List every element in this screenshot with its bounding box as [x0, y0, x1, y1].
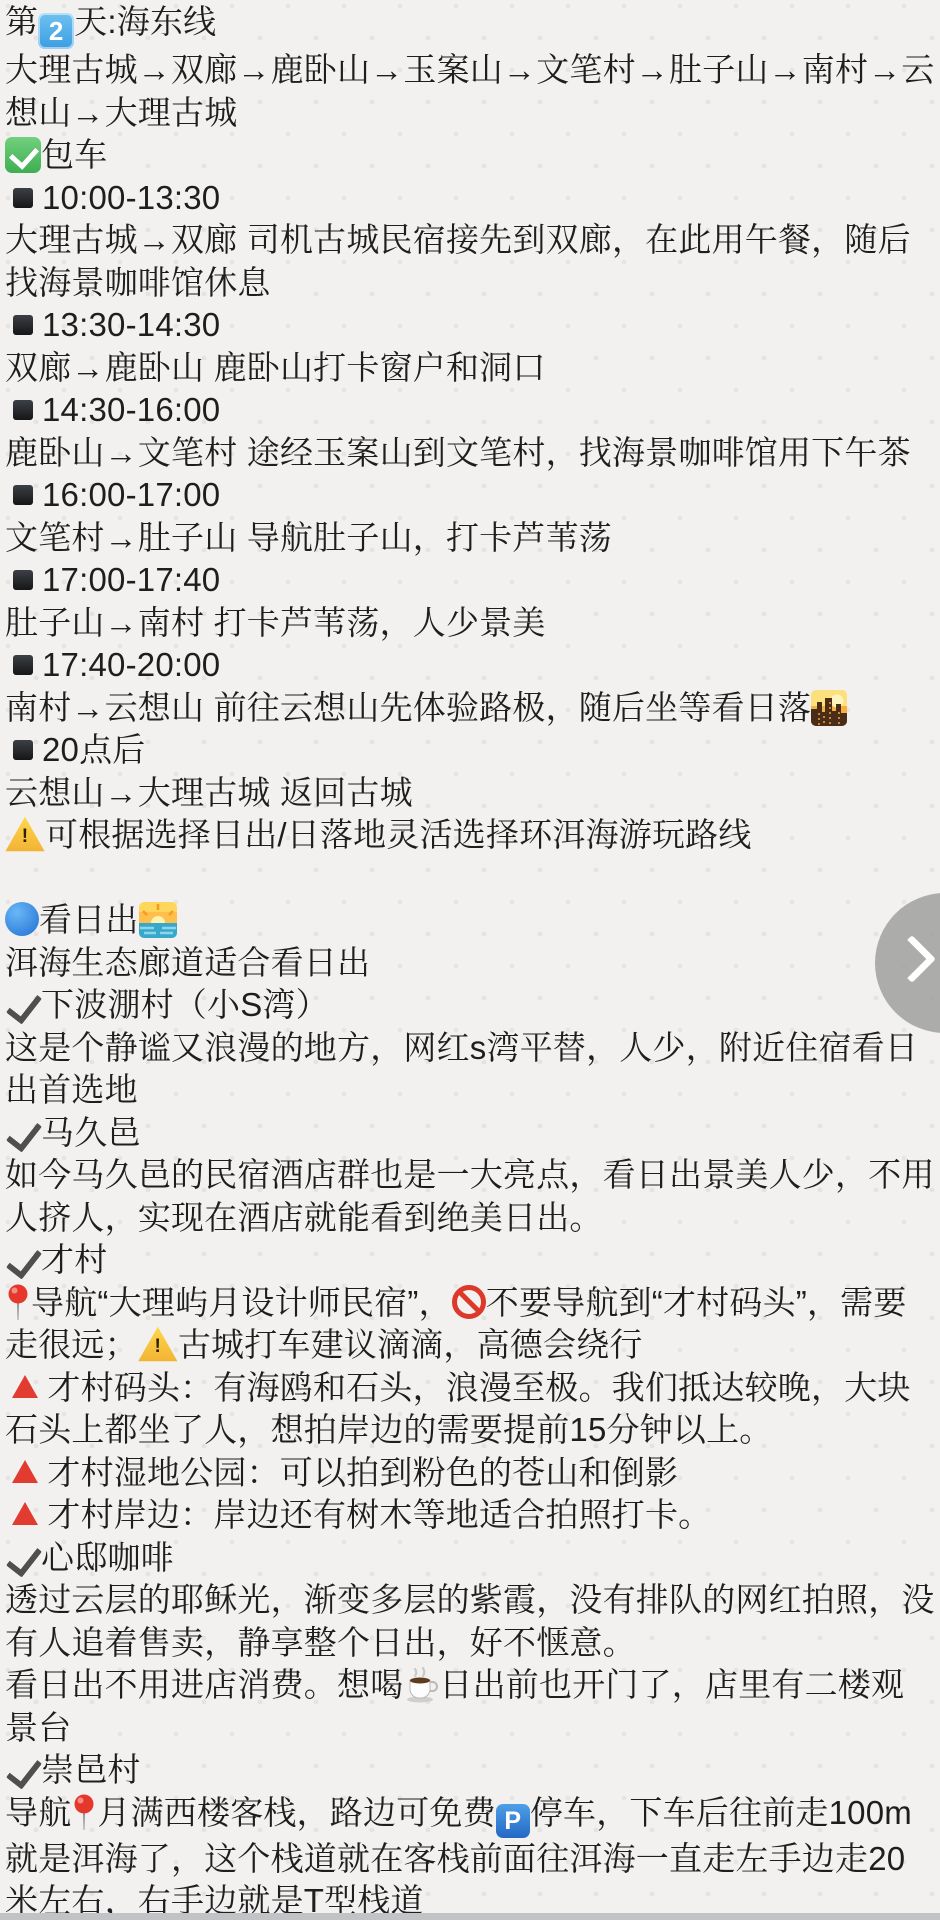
keycap-2-icon: 2: [38, 13, 74, 49]
text-run: 崇邑村: [41, 1751, 141, 1788]
check-green-icon: [5, 137, 41, 173]
paragraph: 心邸咖啡: [5, 1537, 936, 1580]
paragraph: 云想山→大理古城 返回古城: [5, 772, 936, 815]
check-dark-icon: [5, 1241, 41, 1279]
blank-line: [5, 857, 936, 900]
text-run: 可根据选择日出/日落地灵活选择环洱海游玩路线: [45, 816, 752, 853]
text-run: 南村→云想山 前往云想山先体验路极，随后坐等看日落: [5, 689, 811, 726]
text-run: 大理古城→双廊 司机古城民宿接先到双廊，在此用午餐，随后找海景咖啡馆休息: [5, 221, 911, 301]
paragraph: 洱海生态廊道适合看日出: [5, 942, 936, 985]
paragraph: 下波淜村（小S湾）: [5, 984, 936, 1027]
square-bullet-icon: [13, 400, 33, 420]
text-run: 看日出: [39, 901, 139, 938]
paragraph: 导航“大理屿月设计师民宿”，不要导航到“才村码头”，需要走很远；!古城打车建议滴…: [5, 1282, 936, 1367]
text-run: 才村湿地公园：可以拍到粉色的苍山和倒影: [38, 1454, 678, 1491]
text-run: 马久邑: [41, 1114, 141, 1151]
warning-icon: !: [5, 816, 45, 852]
text-run: 大理古城→双廊→鹿卧山→玉案山→文笔村→肚子山→南村→云想山→大理古城: [5, 51, 935, 131]
check-dark-icon: [5, 1114, 41, 1152]
text-run: 文笔村→肚子山 导航肚子山，打卡芦苇荡: [5, 519, 612, 556]
paragraph: 看日出: [5, 899, 936, 942]
chevron-right-icon: [888, 935, 936, 983]
paragraph: 肚子山→南村 打卡芦苇荡，人少景美: [5, 602, 936, 645]
blue-circle-icon: [5, 902, 39, 936]
text-run: 才村: [41, 1241, 107, 1278]
text-run: 导航: [5, 1794, 71, 1831]
check-dark-icon: [5, 986, 41, 1024]
note-body: 第2天:海东线大理古城→双廊→鹿卧山→玉案山→文笔村→肚子山→南村→云想山→大理…: [0, 0, 940, 1920]
paragraph: 才村湿地公园：可以拍到粉色的苍山和倒影: [5, 1452, 936, 1495]
text-run: 双廊→鹿卧山 鹿卧山打卡窗户和洞口: [5, 349, 546, 386]
paragraph: 才村岸边：岸边还有树木等地适合拍照打卡。: [5, 1494, 936, 1537]
text-run: 云想山→大理古城 返回古城: [5, 774, 413, 811]
paragraph: 14:30-16:00: [5, 389, 936, 432]
red-triangle-icon: [12, 1502, 38, 1525]
paragraph: 才村: [5, 1239, 936, 1282]
travel-note-page: { "page": { "background": "#f2f1ef", "te…: [0, 0, 940, 1920]
square-bullet-icon: [13, 188, 33, 208]
paragraph: 13:30-14:30: [5, 304, 936, 347]
text-run: 14:30-16:00: [42, 391, 220, 428]
paragraph: 如今马久邑的民宿酒店群也是一大亮点，看日出景美人少，不用人挤人，实现在酒店就能看…: [5, 1154, 936, 1239]
paragraph: 10:00-13:30: [5, 177, 936, 220]
paragraph: 看日出不用进店消费。想喝日出前也开门了，店里有二楼观景台: [5, 1664, 936, 1749]
text-run: 月满西楼客栈，路边可免费: [97, 1794, 495, 1831]
paragraph: 双廊→鹿卧山 鹿卧山打卡窗户和洞口: [5, 347, 936, 390]
text-run: 如今马久邑的民宿酒店群也是一大亮点，看日出景美人少，不用人挤人，实现在酒店就能看…: [5, 1156, 935, 1236]
sunrise-icon: [139, 902, 177, 938]
pushpin-icon: [5, 1284, 31, 1322]
text-run: 17:00-17:40: [42, 561, 220, 598]
check-dark-icon: [5, 1539, 41, 1577]
paragraph: 17:00-17:40: [5, 559, 936, 602]
text-run: 心邸咖啡: [41, 1539, 174, 1576]
text-run: 下波淜村（小S湾）: [41, 986, 329, 1023]
text-run: 天:海东线: [74, 3, 216, 40]
paragraph: 包车: [5, 134, 936, 177]
text-run: 导航“大理屿月设计师民宿”，: [31, 1284, 452, 1321]
paragraph: !可根据选择日出/日落地灵活选择环洱海游玩路线: [5, 814, 936, 857]
paragraph: 20点后: [5, 729, 936, 772]
text-run: 第: [5, 3, 38, 40]
paragraph: 导航月满西楼客栈，路边可免费P停车，下车后往前走100m就是洱海了，这个栈道就在…: [5, 1792, 936, 1920]
paragraph: 崇邑村: [5, 1749, 936, 1792]
warning-icon: !: [138, 1326, 178, 1362]
pushpin-icon: [71, 1794, 97, 1832]
bottom-divider: [0, 1913, 940, 1920]
text-run: 20点后: [42, 731, 146, 768]
parking-icon: P: [496, 1804, 530, 1838]
no-entry-icon: [452, 1285, 486, 1319]
paragraph: 第2天:海东线: [5, 1, 936, 49]
paragraph: 南村→云想山 前往云想山先体验路极，随后坐等看日落: [5, 687, 936, 730]
text-run: 古城打车建议滴滴，高德会绕行: [178, 1326, 643, 1363]
paragraph: 透过云层的耶稣光，渐变多层的紫霞，没有排队的网红拍照，没有人追着售卖，静享整个日…: [5, 1579, 936, 1664]
coffee-icon: [403, 1667, 439, 1703]
paragraph: 16:00-17:00: [5, 474, 936, 517]
square-bullet-icon: [13, 315, 33, 335]
paragraph: 鹿卧山→文笔村 途经玉案山到文笔村，找海景咖啡馆用下午茶: [5, 432, 936, 475]
red-triangle-icon: [12, 1460, 38, 1483]
paragraph: 这是个静谧又浪漫的地方，网红s湾平替，人少，附近住宿看日出首选地: [5, 1027, 936, 1112]
text-run: 17:40-20:00: [42, 646, 220, 683]
square-bullet-icon: [13, 485, 33, 505]
square-bullet-icon: [13, 740, 33, 760]
text-run: 肚子山→南村 打卡芦苇荡，人少景美: [5, 604, 546, 641]
text-run: 才村码头：有海鸥和石头，浪漫至极。我们抵达较晚，大块石头上都坐了人，想拍岸边的需…: [5, 1369, 911, 1449]
check-dark-icon: [5, 1751, 41, 1789]
text-run: 这是个静谧又浪漫的地方，网红s湾平替，人少，附近住宿看日出首选地: [5, 1029, 918, 1109]
square-bullet-icon: [13, 655, 33, 675]
text-run: 16:00-17:00: [42, 476, 220, 513]
text-run: 才村岸边：岸边还有树木等地适合拍照打卡。: [38, 1496, 711, 1533]
text-run: 鹿卧山→文笔村 途经玉案山到文笔村，找海景咖啡馆用下午茶: [5, 434, 911, 471]
text-run: 10:00-13:30: [42, 179, 220, 216]
text-run: 看日出不用进店消费。想喝: [5, 1666, 403, 1703]
text-run: 洱海生态廊道适合看日出: [5, 944, 370, 981]
cityscape-dusk-icon: [811, 690, 847, 726]
paragraph: 文笔村→肚子山 导航肚子山，打卡芦苇荡: [5, 517, 936, 560]
paragraph: 马久邑: [5, 1112, 936, 1155]
paragraph: 大理古城→双廊 司机古城民宿接先到双廊，在此用午餐，随后找海景咖啡馆休息: [5, 219, 936, 304]
text-run: 13:30-14:30: [42, 306, 220, 343]
paragraph: 才村码头：有海鸥和石头，浪漫至极。我们抵达较晚，大块石头上都坐了人，想拍岸边的需…: [5, 1367, 936, 1452]
red-triangle-icon: [12, 1375, 38, 1398]
text-run: 透过云层的耶稣光，渐变多层的紫霞，没有排队的网红拍照，没有人追着售卖，静享整个日…: [5, 1581, 935, 1661]
square-bullet-icon: [13, 570, 33, 590]
text-run: 包车: [41, 136, 107, 173]
paragraph: 17:40-20:00: [5, 644, 936, 687]
paragraph: 大理古城→双廊→鹿卧山→玉案山→文笔村→肚子山→南村→云想山→大理古城: [5, 49, 936, 134]
